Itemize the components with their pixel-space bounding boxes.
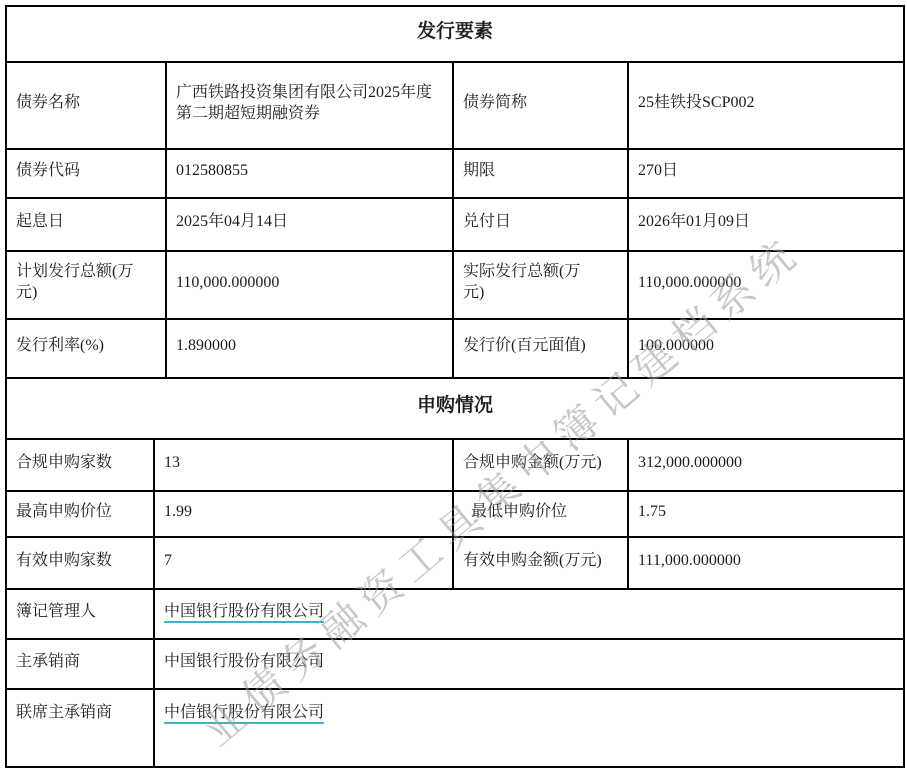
lead-underwriter-value: 中国银行股份有限公司 <box>154 639 904 689</box>
issue-price-value: 100.000000 <box>628 319 904 378</box>
compliant-amount-value: 312,000.000000 <box>628 439 904 491</box>
bookrunner-cell: 中国银行股份有限公司 <box>154 589 904 639</box>
term-value: 270日 <box>628 149 904 198</box>
highest-bid-label: 最高申购价位 <box>6 491 154 537</box>
bond-abbr-value: 25桂铁投SCP002 <box>628 62 904 149</box>
joint-lead-underwriter-label: 联席主承销商 <box>6 689 154 767</box>
subscription-table: 申购情况 合规申购家数 13 合规申购金额(万元) 312,000.000000… <box>5 377 905 590</box>
term-label: 期限 <box>453 149 628 198</box>
issuance-section-title: 发行要素 <box>6 6 904 62</box>
bond-abbr-label: 债券简称 <box>453 62 628 149</box>
joint-lead-underwriter-link[interactable]: 中信银行股份有限公司 <box>164 704 324 724</box>
value-date-value: 2025年04月14日 <box>166 198 453 251</box>
bond-code-label: 债券代码 <box>6 149 166 198</box>
planned-amount-value: 110,000.000000 <box>166 251 453 319</box>
maturity-date-label: 兑付日 <box>453 198 628 251</box>
coupon-rate-label: 发行利率(%) <box>6 319 166 378</box>
issuance-table: 发行要素 债券名称 广西铁路投资集团有限公司2025年度 第二期超短期融资券 债… <box>5 5 905 379</box>
subscription-section-title: 申购情况 <box>6 378 904 439</box>
bond-name-value: 广西铁路投资集团有限公司2025年度 第二期超短期融资券 <box>166 62 453 149</box>
parties-table: 簿记管理人 中国银行股份有限公司 主承销商 中国银行股份有限公司 联席主承销商 … <box>5 588 905 768</box>
highest-bid-value: 1.99 <box>154 491 453 537</box>
bookrunner-link[interactable]: 中国银行股份有限公司 <box>164 603 324 623</box>
value-date-label: 起息日 <box>6 198 166 251</box>
bond-issuance-document: 发行要素 债券名称 广西铁路投资集团有限公司2025年度 第二期超短期融资券 债… <box>5 5 903 768</box>
valid-bidders-label: 有效申购家数 <box>6 537 154 589</box>
lowest-bid-value: 1.75 <box>628 491 904 537</box>
lowest-bid-label: 最低申购价位 <box>453 491 628 537</box>
bookrunner-label: 簿记管理人 <box>6 589 154 639</box>
compliant-amount-label: 合规申购金额(万元) <box>453 439 628 491</box>
actual-amount-label: 实际发行总额(万 元) <box>453 251 628 319</box>
valid-amount-value: 111,000.000000 <box>628 537 904 589</box>
valid-bidders-value: 7 <box>154 537 453 589</box>
lead-underwriter-label: 主承销商 <box>6 639 154 689</box>
compliant-bidders-label: 合规申购家数 <box>6 439 154 491</box>
planned-amount-label: 计划发行总额(万 元) <box>6 251 166 319</box>
actual-amount-value: 110,000.000000 <box>628 251 904 319</box>
coupon-rate-value: 1.890000 <box>166 319 453 378</box>
issue-price-label: 发行价(百元面值) <box>453 319 628 378</box>
bond-name-label: 债券名称 <box>6 62 166 149</box>
joint-lead-underwriter-cell: 中信银行股份有限公司 <box>154 689 904 767</box>
bond-code-value: 012580855 <box>166 149 453 198</box>
maturity-date-value: 2026年01月09日 <box>628 198 904 251</box>
compliant-bidders-value: 13 <box>154 439 453 491</box>
valid-amount-label: 有效申购金额(万元) <box>453 537 628 589</box>
